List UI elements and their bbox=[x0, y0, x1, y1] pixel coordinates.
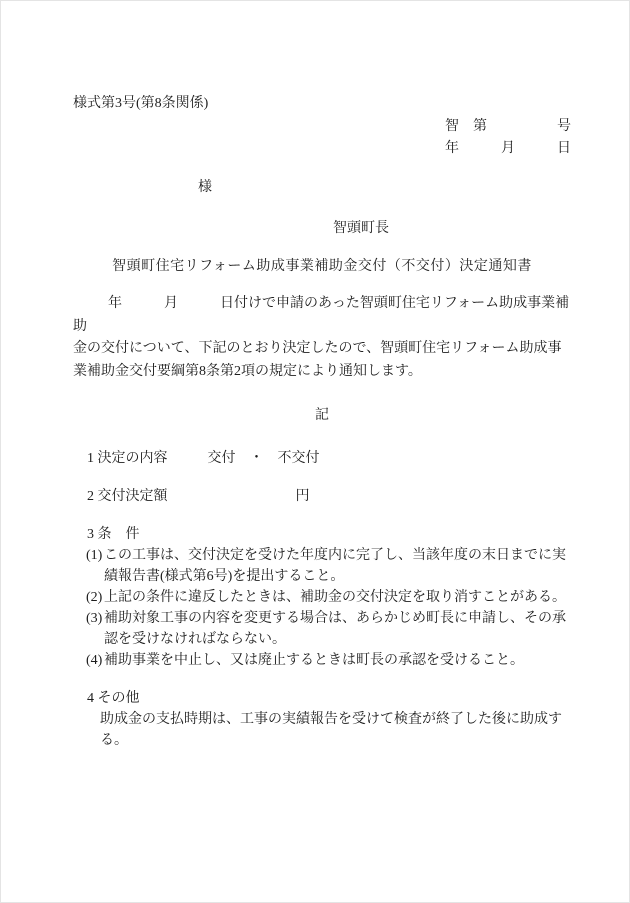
sender-line: 智頭町長 bbox=[73, 218, 571, 239]
condition-item-2: (2) 上記の条件に違反したときは、補助金の交付決定を取り消すことがある。 bbox=[86, 587, 571, 608]
condition-item-4: (4) 補助事業を中止し、又は廃止するときは町長の承認を受けること。 bbox=[86, 650, 571, 671]
item-amount-label: 2 交付決定額 bbox=[87, 489, 168, 504]
document-number-block: 智 第 号 年 月 日 bbox=[445, 116, 571, 160]
condition-item-3: (3) 補助対象工事の内容を変更する場合は、あらかじめ町長に申請し、その承認を受… bbox=[86, 608, 571, 650]
item-other-text: 助成金の支払時期は、工事の実績報告を受けて検査が終了した後に助成する。 bbox=[73, 709, 571, 751]
condition-text: この工事は、交付決定を受けた年度内に完了し、当該年度の末日までに実績報告書(様式… bbox=[104, 545, 571, 587]
condition-text: 補助事業を中止し、又は廃止するときは町長の承認を受けること。 bbox=[104, 650, 571, 671]
form-number: 様式第3号(第8条関係) bbox=[73, 95, 571, 112]
document-number-prefix: 智 第 bbox=[445, 116, 487, 138]
addressee-honorific: 様 bbox=[198, 180, 212, 195]
body-paragraph-line: 金の交付について、下記のとおり決定したので、智頭町住宅リフォーム助成事 bbox=[73, 338, 571, 361]
addressee-line: 様 bbox=[73, 177, 571, 198]
document-number-line: 智 第 号 bbox=[445, 116, 571, 138]
body-paragraph-line: 年 月 日付けで申請のあった智頭町住宅リフォーム助成事業補助 bbox=[73, 293, 571, 338]
condition-number: (1) bbox=[86, 545, 104, 587]
document-title: 智頭町住宅リフォーム助成事業補助金交付（不交付）決定通知書 bbox=[73, 256, 571, 277]
document-number-suffix: 号 bbox=[557, 116, 571, 138]
document-page: 様式第3号(第8条関係) 智 第 号 年 月 日 様 智頭町長 智頭町住宅リフォ… bbox=[0, 0, 630, 903]
body-paragraph: 年 月 日付けで申請のあった智頭町住宅リフォーム助成事業補助 金の交付について、… bbox=[73, 293, 571, 383]
date-month-label: 月 bbox=[501, 138, 515, 160]
condition-number: (3) bbox=[86, 608, 104, 650]
body-paragraph-line: 業補助金交付要綱第8条第2項の規定により通知します。 bbox=[73, 361, 571, 384]
item-conditions-heading: 3 条 件 bbox=[73, 524, 571, 545]
item-amount-unit: 円 bbox=[296, 489, 310, 504]
item-other-heading: 4 その他 bbox=[73, 688, 571, 709]
condition-text: 補助対象工事の内容を変更する場合は、あらかじめ町長に申請し、その承認を受けなけれ… bbox=[104, 608, 571, 650]
condition-text: 上記の条件に違反したときは、補助金の交付決定を取り消すことがある。 bbox=[104, 587, 571, 608]
condition-number: (2) bbox=[86, 587, 104, 608]
condition-item-1: (1) この工事は、交付決定を受けた年度内に完了し、当該年度の末日までに実績報告… bbox=[86, 545, 571, 587]
item-decision-label: 1 決定の内容 bbox=[87, 451, 168, 466]
item-amount: 2 交付決定額円 bbox=[73, 486, 571, 507]
date-line: 年 月 日 bbox=[445, 138, 571, 160]
condition-number: (4) bbox=[86, 650, 104, 671]
date-day-label: 日 bbox=[557, 138, 571, 160]
record-marker: 記 bbox=[73, 405, 571, 426]
item-decision-value: 交付 ・ 不交付 bbox=[208, 451, 320, 466]
date-year-label: 年 bbox=[445, 138, 459, 160]
item-decision: 1 決定の内容交付 ・ 不交付 bbox=[73, 448, 571, 469]
conditions-list: (1) この工事は、交付決定を受けた年度内に完了し、当該年度の末日までに実績報告… bbox=[73, 545, 571, 671]
